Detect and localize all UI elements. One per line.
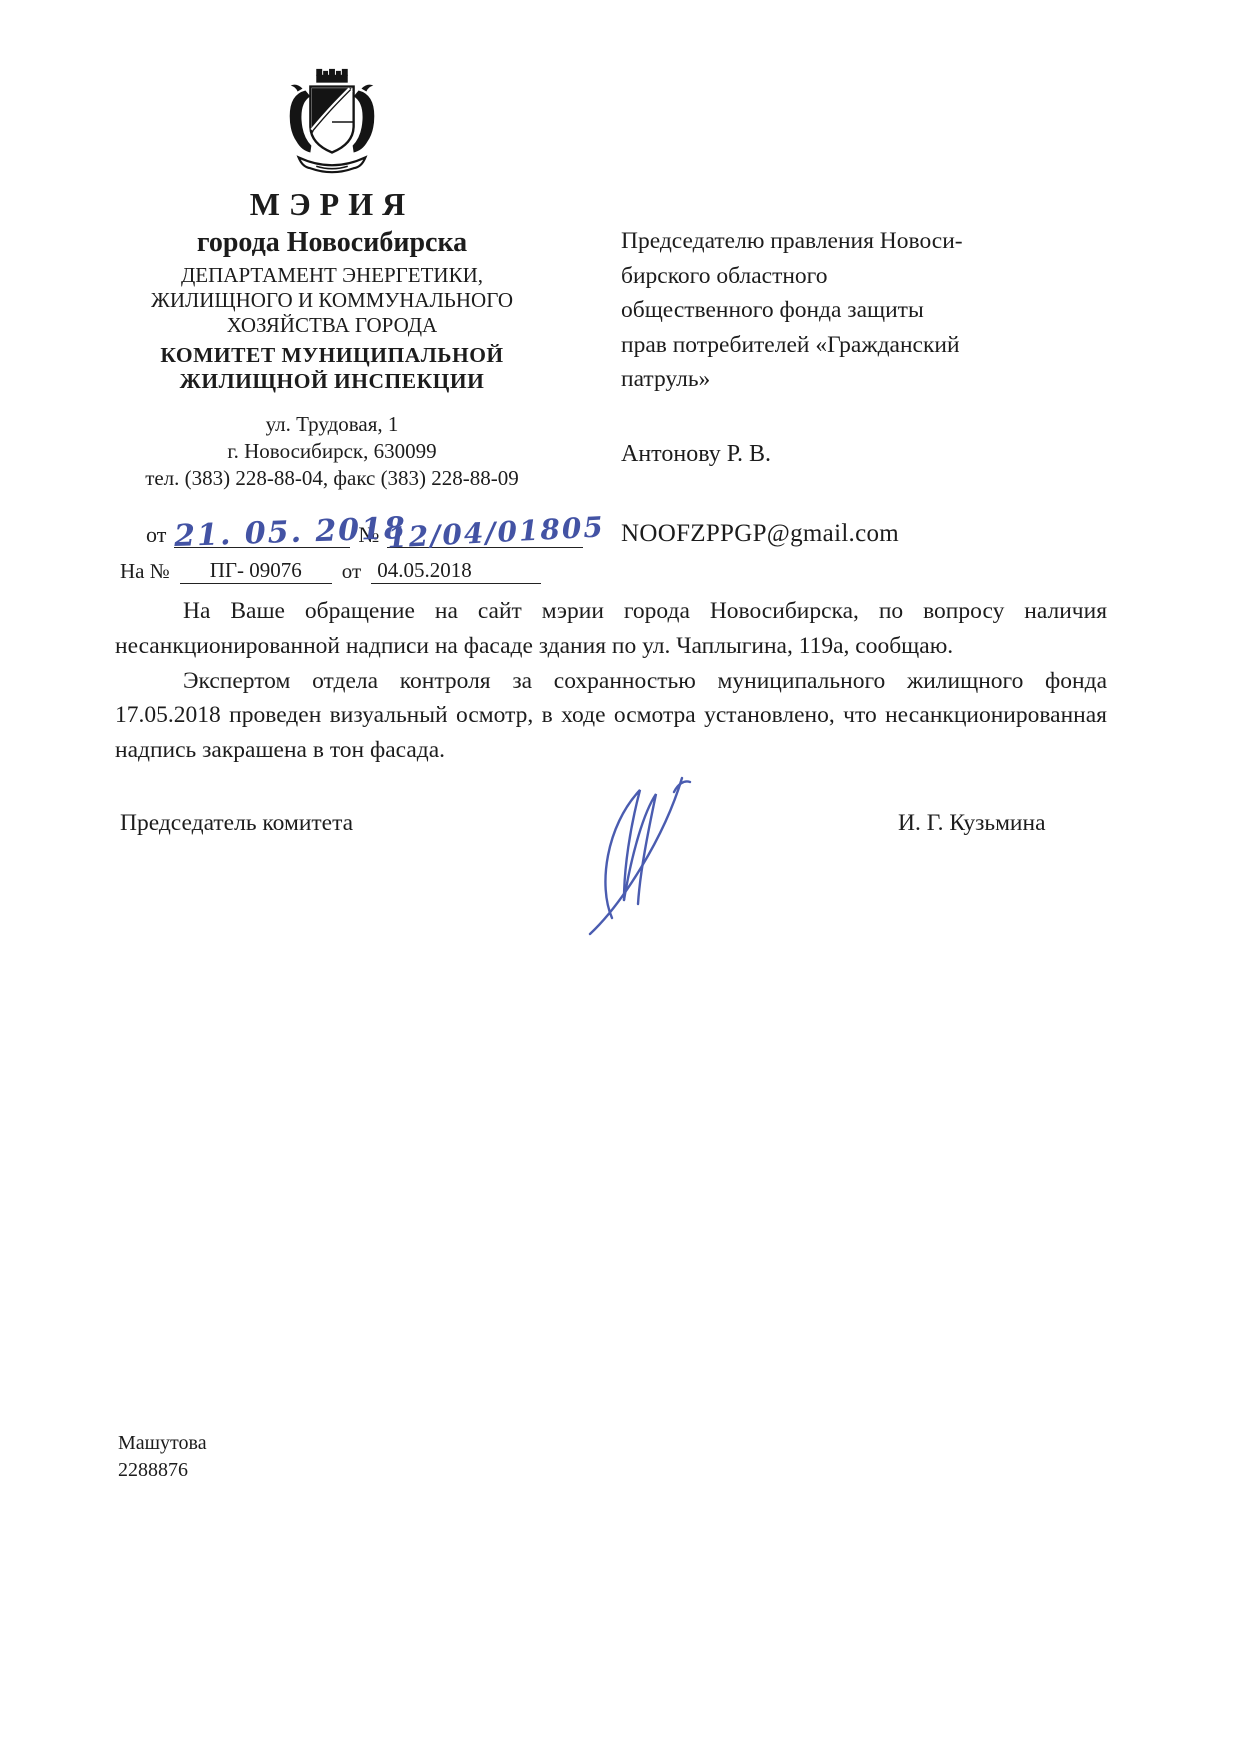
org-title: МЭРИЯ <box>118 186 546 223</box>
outgoing-reference-row: от 21. 05. 2018 № 12/04/01805 <box>118 498 546 548</box>
executor-phone: 2288876 <box>118 1457 207 1484</box>
addressee-line: бирского областного <box>621 259 1091 294</box>
committee-line: ЖИЛИЩНОЙ ИНСПЕКЦИИ <box>118 368 546 395</box>
outgoing-date-field: 21. 05. 2018 <box>174 512 350 548</box>
department-line: ДЕПАРТАМЕНТ ЭНЕРГЕТИКИ, <box>118 263 546 288</box>
addressee-email: NOOFZPPGP@gmail.com <box>621 516 1091 553</box>
novosibirsk-coat-of-arms-icon <box>273 66 391 178</box>
department-line: ЖИЛИЩНОГО И КОММУНАЛЬНОГО <box>118 288 546 313</box>
addressee-line: патруль» <box>621 362 1091 397</box>
org-subtitle: города Новосибирска <box>118 227 546 259</box>
address-block: ул. Трудовая, 1 г. Новосибирск, 630099 т… <box>118 411 546 492</box>
addressee-line: прав потребителей «Гражданский <box>621 328 1091 363</box>
incoming-from-label: от <box>342 559 361 584</box>
department-line: ХОЗЯЙСТВА ГОРОДА <box>118 313 546 338</box>
address-line: ул. Трудовая, 1 <box>118 411 546 438</box>
department-block: ДЕПАРТАМЕНТ ЭНЕРГЕТИКИ, ЖИЛИЩНОГО И КОММ… <box>118 263 546 339</box>
executor-block: Машутова 2288876 <box>118 1430 207 1484</box>
signer-name: И. Г. Кузьмина <box>898 810 1046 837</box>
committee-line: КОМИТЕТ МУНИЦИПАЛЬНОЙ <box>118 342 546 369</box>
letterhead-left-column: МЭРИЯ города Новосибирска ДЕПАРТАМЕНТ ЭН… <box>118 66 546 584</box>
addressee-line: общественного фонда защиты <box>621 293 1091 328</box>
addressee-line: Председателю правления Новоси- <box>621 224 1091 259</box>
outgoing-number-field: 12/04/01805 <box>387 514 583 548</box>
outgoing-number-handwritten: 12/04/01805 <box>387 510 606 554</box>
signature-row: Председатель комитета И. Г. Кузьмина <box>0 800 1240 960</box>
incoming-label: На № <box>120 559 170 584</box>
letter-page: МЭРИЯ города Новосибирска ДЕПАРТАМЕНТ ЭН… <box>0 0 1240 1753</box>
addressee-name: Антонову Р. В. <box>621 437 1091 472</box>
address-line: тел. (383) 228-88-04, факс (383) 228-88-… <box>118 465 546 492</box>
letter-body: На Ваше обращение на сайт мэрии города Н… <box>115 594 1107 768</box>
address-line: г. Новосибирск, 630099 <box>118 438 546 465</box>
incoming-number-field: ПГ- 09076 <box>180 558 332 584</box>
incoming-reference-row: На № ПГ- 09076 от 04.05.2018 <box>118 558 546 584</box>
addressee-block: Председателю правления Новоси- бирского … <box>621 224 1091 553</box>
executor-name: Машутова <box>118 1430 207 1457</box>
body-paragraph: На Ваше обращение на сайт мэрии города Н… <box>115 594 1107 664</box>
handwritten-signature <box>578 768 728 938</box>
body-paragraph: Экспертом отдела контроля за сохранность… <box>115 664 1107 768</box>
outgoing-from-label: от <box>146 522 166 548</box>
committee-block: КОМИТЕТ МУНИЦИПАЛЬНОЙ ЖИЛИЩНОЙ ИНСПЕКЦИИ <box>118 342 546 396</box>
incoming-date-field: 04.05.2018 <box>371 558 541 584</box>
signer-position-title: Председатель комитета <box>120 810 353 837</box>
